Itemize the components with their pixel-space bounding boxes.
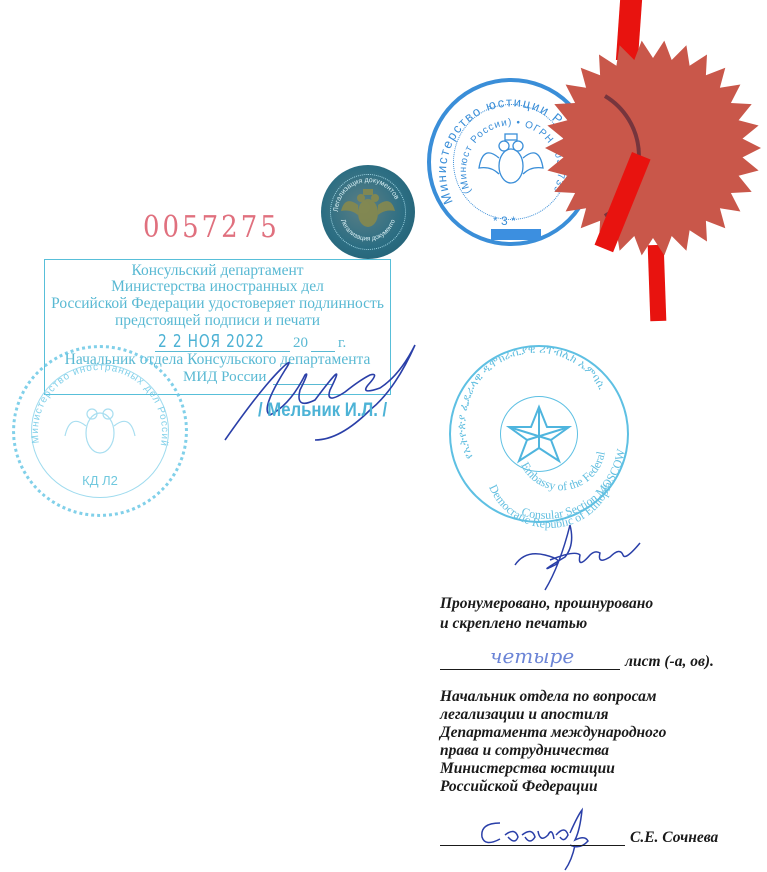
- consular-line-1: Консульский департамент: [45, 263, 390, 279]
- sheet-suffix: лист (-а, ов).: [625, 653, 714, 671]
- sheet-count-handwritten: четыре: [490, 644, 574, 668]
- serial-number: 0057275: [143, 211, 280, 246]
- signature-line: [440, 845, 625, 846]
- cert-line-2: и скреплено печатью: [440, 615, 587, 633]
- double-headed-eagle-icon: Легализация документов Легализация докум…: [321, 165, 415, 259]
- title-line-4: права и сотрудничества: [440, 742, 609, 760]
- moj-stamp-bar: [491, 229, 541, 240]
- moj-star-text: * 3 *: [493, 214, 516, 228]
- cert-line-1: Пронумеровано, прошнуровано: [440, 595, 653, 613]
- title-line-1: Начальник отдела по вопросам: [440, 688, 657, 706]
- title-line-6: Российской Федерации: [440, 778, 598, 796]
- embassy-round-stamp: የኢትዮጵያ ፌዴራላዊ ዲሞክራሲያዊ ሪፐብሊክ ኤምባሲ ቆንስላ ክፍል…: [449, 345, 629, 523]
- svg-text:Министерство иностранных дел Р: Министерство иностранных дел Российской …: [11, 340, 170, 448]
- eagle-emblem-icon: [479, 134, 543, 183]
- svg-text:የኢትዮጵያ ፌዴራላዊ ዲሞክራሲያዊ ሪፐብሊክ ኤምባ: የኢትዮጵያ ፌዴራላዊ ዲሞክራሲያዊ ሪፐብሊክ ኤምባሲ ቆንስላ ክፍል…: [446, 337, 611, 461]
- eagle-emblem-icon: [65, 409, 135, 453]
- mfa-signature: [220, 330, 430, 450]
- title-line-2: легализации и апостиля: [440, 706, 609, 724]
- title-line-5: Министерства юстиции: [440, 760, 615, 778]
- mfa-signer-name: / Мельник И.Л. /: [258, 400, 387, 422]
- title-line-3: Департамента международного: [440, 724, 666, 742]
- wax-seal: [543, 38, 763, 258]
- sheet-count-line: [440, 669, 620, 670]
- sochneva-signature: [470, 805, 600, 872]
- consular-line-4: предстоящей подписи и печати: [45, 313, 390, 329]
- mfa-stamp-code: КД Л2: [15, 473, 185, 488]
- signer-name: С.Е. Сочнева: [630, 829, 718, 847]
- hologram-sticker: Легализация документов Легализация докум…: [321, 165, 415, 259]
- mfa-round-stamp: Министерство иностранных дел Российской …: [12, 345, 188, 517]
- consular-line-3: Российской Федерации удостоверяет подлин…: [45, 296, 390, 312]
- mfa-stamp-text-ring: Министерство иностранных дел Российской …: [15, 348, 185, 514]
- embassy-signature: [505, 515, 655, 595]
- consular-line-2: Министерства иностранных дел: [45, 279, 390, 295]
- embassy-stamp-text-ring: የኢትዮጵያ ፌዴራላዊ ዲሞክራሲያዊ ሪፐብሊክ ኤምባሲ ቆንስላ ክፍል…: [451, 347, 627, 521]
- svg-text:Embassy of the Federal: Embassy of the Federal: [518, 450, 608, 494]
- ethiopian-star-emblem-icon: [509, 407, 569, 461]
